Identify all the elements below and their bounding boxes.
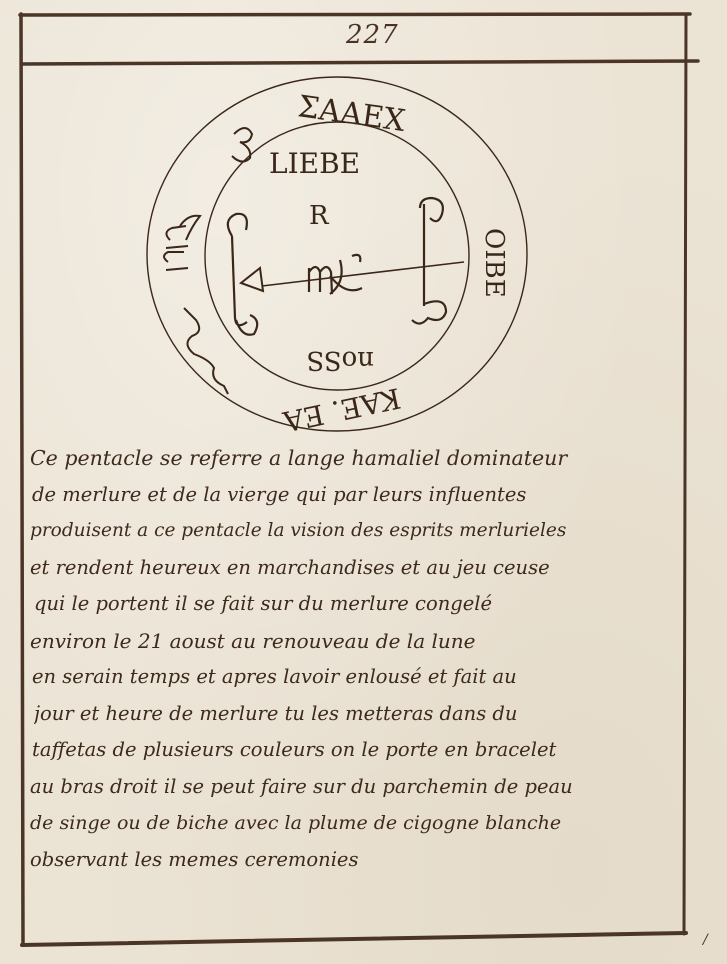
text-line: en serain temps et apres lavoir enlousé … [32, 659, 683, 696]
triangle-sigil [241, 268, 263, 291]
text-line: qui le portent il se fait sur du merlure… [34, 586, 683, 623]
text-line: taffetas de plusieurs couleurs on le por… [32, 732, 683, 769]
text-line: et rendent heureux en marchandises et au… [30, 550, 683, 587]
pentacle-seal [147, 77, 527, 431]
corner-mark: / [703, 932, 708, 948]
inner-center-letter: R [309, 201, 330, 231]
text-line: au bras droit il se peut faire sur du pa… [30, 769, 683, 806]
outer-circle [147, 77, 527, 431]
right-bracket-sigil [412, 198, 446, 324]
manuscript-text: Ce pentacle se referre a lange hamaliel … [28, 440, 683, 878]
page-number: 227 [346, 20, 406, 50]
ring-top-text: ΣΑΑΕΧ [296, 89, 408, 139]
text-line: Ce pentacle se referre a lange hamaliel … [30, 440, 683, 477]
text-line: environ le 21 aoust au renouveau de la l… [30, 623, 683, 660]
inner-bottom-text: noSS [306, 345, 374, 375]
glyph-m-sigil [164, 216, 200, 270]
ring-right-text: OIBE [479, 228, 509, 298]
text-line: de singe ou de biche avec la plume de ci… [30, 805, 683, 842]
text-line: produisent a ce pentacle la vision des e… [30, 513, 683, 550]
text-line: jour et heure de merlure tu les metteras… [34, 696, 683, 733]
horizontal-axis-line [262, 262, 464, 286]
text-line: observant les memes ceremonies [30, 842, 683, 879]
inner-top-text: LIEBE [269, 147, 360, 180]
manuscript-page: ΣΑΑΕΧ LIEBE R noSS OIBE KAE. EA 227 Ce p… [0, 0, 727, 964]
text-line: de merlure et de la vierge qui par leurs… [32, 477, 683, 514]
